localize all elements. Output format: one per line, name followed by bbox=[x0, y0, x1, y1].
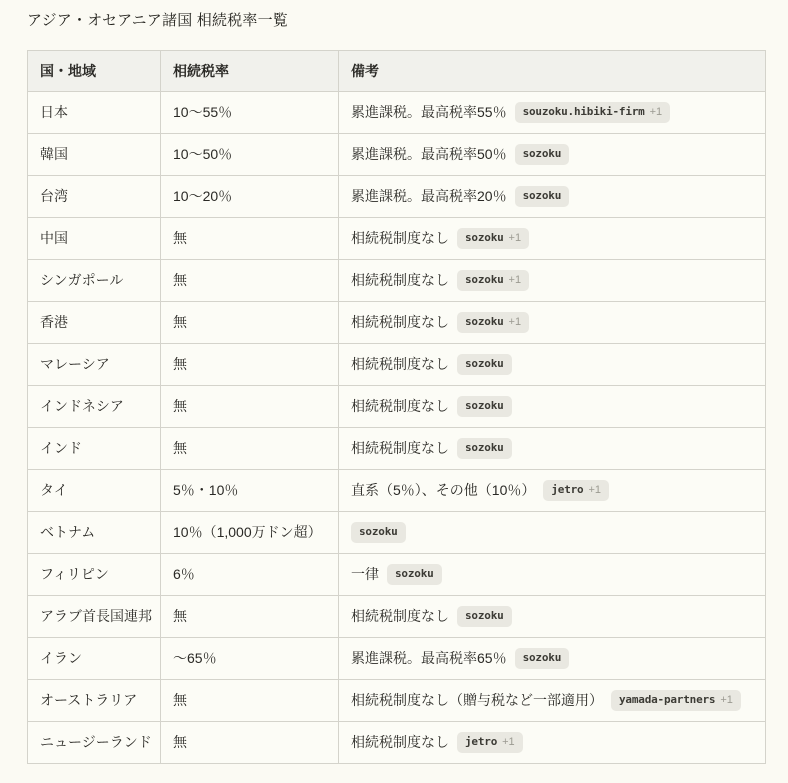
country-cell: シンガポール bbox=[28, 260, 161, 302]
source-more-count: +1 bbox=[502, 735, 515, 749]
rate-cell: 5％・10％ bbox=[161, 470, 339, 512]
note-label: 累進課税。最高税率20％ bbox=[351, 187, 507, 205]
note-wrap: 相続税制度なし jetro +1 bbox=[351, 732, 753, 752]
country-label: シンガポール bbox=[40, 272, 123, 288]
note-wrap: 相続税制度なし sozoku bbox=[351, 438, 753, 458]
note-cell: 累進課税。最高税率50％ sozoku bbox=[339, 134, 766, 176]
note-wrap: 累進課税。最高税率55％ souzoku.hibiki-firm +1 bbox=[351, 102, 753, 122]
rate-cell: 無 bbox=[161, 386, 339, 428]
table-row: ベトナム 10％（1,000万ドン超） sozoku bbox=[28, 512, 766, 554]
table-row: ニュージーランド 無 相続税制度なし jetro +1 bbox=[28, 722, 766, 764]
table-row: インドネシア 無 相続税制度なし sozoku bbox=[28, 386, 766, 428]
page: アジア・オセアニア諸国 相続税率一覧 国・地域 相続税率 備考 日本 10〜55… bbox=[0, 0, 788, 783]
header-row: 国・地域 相続税率 備考 bbox=[28, 51, 766, 92]
source-more-count: +1 bbox=[509, 315, 522, 329]
source-name: sozoku bbox=[465, 231, 504, 245]
country-cell: インド bbox=[28, 428, 161, 470]
source-more-count: +1 bbox=[509, 231, 522, 245]
source-citation-badge[interactable]: sozoku bbox=[515, 144, 570, 164]
source-more-count: +1 bbox=[588, 483, 601, 497]
note-cell: 累進課税。最高税率20％ sozoku bbox=[339, 176, 766, 218]
table-row: タイ 5％・10％ 直系（5％）、その他（10％） jetro +1 bbox=[28, 470, 766, 512]
source-more-count: +1 bbox=[650, 105, 663, 119]
country-cell: 香港 bbox=[28, 302, 161, 344]
rate-value: 10〜20％ bbox=[173, 188, 232, 204]
note-cell: 相続税制度なし sozoku bbox=[339, 596, 766, 638]
country-label: マレーシア bbox=[40, 356, 110, 372]
table-row: オーストラリア 無 相続税制度なし（贈与税など一部適用） yamada-part… bbox=[28, 680, 766, 722]
note-label: 累進課税。最高税率65％ bbox=[351, 649, 507, 667]
rate-value: 〜65％ bbox=[173, 650, 217, 666]
note-label: 相続税制度なし bbox=[351, 397, 449, 415]
table-row: マレーシア 無 相続税制度なし sozoku bbox=[28, 344, 766, 386]
table-row: 台湾 10〜20％ 累進課税。最高税率20％ sozoku bbox=[28, 176, 766, 218]
note-label: 相続税制度なし（贈与税など一部適用） bbox=[351, 691, 603, 709]
country-label: アラブ首長国連邦 bbox=[40, 608, 152, 624]
note-wrap: 相続税制度なし sozoku +1 bbox=[351, 228, 753, 248]
country-cell: フィリピン bbox=[28, 554, 161, 596]
rate-cell: 無 bbox=[161, 218, 339, 260]
table-row: インド 無 相続税制度なし sozoku bbox=[28, 428, 766, 470]
country-label: 香港 bbox=[40, 314, 68, 330]
country-label: 台湾 bbox=[40, 188, 68, 204]
header-rate: 相続税率 bbox=[161, 51, 339, 92]
rate-cell: 無 bbox=[161, 722, 339, 764]
source-citation-badge[interactable]: jetro +1 bbox=[457, 732, 523, 752]
note-wrap: 累進課税。最高税率20％ sozoku bbox=[351, 186, 753, 206]
source-citation-badge[interactable]: sozoku bbox=[457, 396, 512, 416]
country-cell: 台湾 bbox=[28, 176, 161, 218]
source-citation-badge[interactable]: jetro +1 bbox=[543, 480, 609, 500]
note-label: 相続税制度なし bbox=[351, 439, 449, 457]
country-cell: インドネシア bbox=[28, 386, 161, 428]
table-row: アラブ首長国連邦 無 相続税制度なし sozoku bbox=[28, 596, 766, 638]
note-cell: 相続税制度なし sozoku +1 bbox=[339, 218, 766, 260]
note-label: 累進課税。最高税率50％ bbox=[351, 145, 507, 163]
country-cell: 日本 bbox=[28, 92, 161, 134]
table-row: 韓国 10〜50％ 累進課税。最高税率50％ sozoku bbox=[28, 134, 766, 176]
source-name: jetro bbox=[465, 735, 497, 749]
note-wrap: 直系（5％）、その他（10％） jetro +1 bbox=[351, 480, 753, 500]
note-label: 相続税制度なし bbox=[351, 271, 449, 289]
country-cell: ニュージーランド bbox=[28, 722, 161, 764]
rate-value: 無 bbox=[173, 230, 187, 246]
country-label: ニュージーランド bbox=[40, 734, 152, 750]
source-name: sozoku bbox=[523, 189, 562, 203]
header-country: 国・地域 bbox=[28, 51, 161, 92]
note-cell: 相続税制度なし jetro +1 bbox=[339, 722, 766, 764]
source-name: souzoku.hibiki-firm bbox=[523, 105, 645, 119]
source-name: sozoku bbox=[465, 441, 504, 455]
rate-value: 10％（1,000万ドン超） bbox=[173, 524, 322, 540]
header-notes: 備考 bbox=[339, 51, 766, 92]
country-label: インドネシア bbox=[40, 398, 124, 414]
table-row: フィリピン 6％ 一律 sozoku bbox=[28, 554, 766, 596]
rate-value: 無 bbox=[173, 608, 187, 624]
country-cell: マレーシア bbox=[28, 344, 161, 386]
source-more-count: +1 bbox=[509, 273, 522, 287]
rate-value: 無 bbox=[173, 692, 187, 708]
source-citation-badge[interactable]: yamada-partners +1 bbox=[611, 690, 741, 710]
rate-cell: 無 bbox=[161, 428, 339, 470]
country-label: インド bbox=[40, 440, 82, 456]
country-label: 中国 bbox=[40, 230, 68, 246]
note-label: 相続税制度なし bbox=[351, 355, 449, 373]
source-name: sozoku bbox=[359, 525, 398, 539]
country-cell: 韓国 bbox=[28, 134, 161, 176]
source-name: sozoku bbox=[523, 651, 562, 665]
note-label: 相続税制度なし bbox=[351, 229, 449, 247]
source-name: yamada-partners bbox=[619, 693, 715, 707]
source-name: sozoku bbox=[465, 357, 504, 371]
table-row: 香港 無 相続税制度なし sozoku +1 bbox=[28, 302, 766, 344]
table-row: イラン 〜65％ 累進課税。最高税率65％ sozoku bbox=[28, 638, 766, 680]
note-wrap: sozoku bbox=[351, 522, 753, 542]
note-wrap: 相続税制度なし sozoku +1 bbox=[351, 270, 753, 290]
table-row: シンガポール 無 相続税制度なし sozoku +1 bbox=[28, 260, 766, 302]
rate-cell: 10〜55％ bbox=[161, 92, 339, 134]
rate-value: 無 bbox=[173, 356, 187, 372]
table-body: 日本 10〜55％ 累進課税。最高税率55％ souzoku.hibiki-fi… bbox=[28, 92, 766, 764]
country-cell: 中国 bbox=[28, 218, 161, 260]
country-label: 韓国 bbox=[40, 146, 68, 162]
country-cell: オーストラリア bbox=[28, 680, 161, 722]
table-row: 日本 10〜55％ 累進課税。最高税率55％ souzoku.hibiki-fi… bbox=[28, 92, 766, 134]
rate-cell: 6％ bbox=[161, 554, 339, 596]
table-row: 中国 無 相続税制度なし sozoku +1 bbox=[28, 218, 766, 260]
note-cell: 相続税制度なし sozoku +1 bbox=[339, 260, 766, 302]
source-name: sozoku bbox=[523, 147, 562, 161]
note-wrap: 相続税制度なし（贈与税など一部適用） yamada-partners +1 bbox=[351, 690, 753, 710]
note-wrap: 一律 sozoku bbox=[351, 564, 753, 584]
note-label: 一律 bbox=[351, 565, 379, 583]
note-wrap: 累進課税。最高税率50％ sozoku bbox=[351, 144, 753, 164]
rate-value: 無 bbox=[173, 440, 187, 456]
note-label: 相続税制度なし bbox=[351, 607, 449, 625]
rate-cell: 無 bbox=[161, 260, 339, 302]
rate-cell: 無 bbox=[161, 302, 339, 344]
note-cell: 相続税制度なし sozoku bbox=[339, 386, 766, 428]
page-title: アジア・オセアニア諸国 相続税率一覧 bbox=[27, 9, 761, 30]
note-wrap: 累進課税。最高税率65％ sozoku bbox=[351, 648, 753, 668]
rate-value: 5％・10％ bbox=[173, 482, 238, 498]
note-cell: 相続税制度なし sozoku bbox=[339, 428, 766, 470]
source-name: sozoku bbox=[465, 315, 504, 329]
source-citation-badge[interactable]: sozoku bbox=[387, 564, 442, 584]
rate-value: 10〜50％ bbox=[173, 146, 232, 162]
rate-cell: 無 bbox=[161, 344, 339, 386]
source-name: jetro bbox=[551, 483, 583, 497]
note-cell: 一律 sozoku bbox=[339, 554, 766, 596]
source-name: sozoku bbox=[395, 567, 434, 581]
note-cell: 相続税制度なし sozoku +1 bbox=[339, 302, 766, 344]
country-label: ベトナム bbox=[40, 524, 95, 540]
source-citation-badge[interactable]: sozoku bbox=[351, 522, 406, 542]
note-cell: 直系（5％）、その他（10％） jetro +1 bbox=[339, 470, 766, 512]
note-label: 累進課税。最高税率55％ bbox=[351, 103, 507, 121]
country-label: オーストラリア bbox=[40, 692, 137, 708]
source-name: sozoku bbox=[465, 399, 504, 413]
note-cell: 累進課税。最高税率55％ souzoku.hibiki-firm +1 bbox=[339, 92, 766, 134]
country-cell: タイ bbox=[28, 470, 161, 512]
rate-value: 6％ bbox=[173, 566, 195, 582]
rate-value: 無 bbox=[173, 734, 187, 750]
source-citation-badge[interactable]: sozoku +1 bbox=[457, 270, 529, 290]
source-name: sozoku bbox=[465, 609, 504, 623]
note-cell: 相続税制度なし（贈与税など一部適用） yamada-partners +1 bbox=[339, 680, 766, 722]
note-wrap: 相続税制度なし sozoku bbox=[351, 354, 753, 374]
rate-cell: 〜65％ bbox=[161, 638, 339, 680]
rate-value: 10〜55％ bbox=[173, 104, 232, 120]
rate-cell: 10〜50％ bbox=[161, 134, 339, 176]
source-citation-badge[interactable]: sozoku bbox=[515, 648, 570, 668]
note-cell: sozoku bbox=[339, 512, 766, 554]
note-wrap: 相続税制度なし sozoku bbox=[351, 606, 753, 626]
rate-cell: 10〜20％ bbox=[161, 176, 339, 218]
source-citation-badge[interactable]: sozoku bbox=[457, 354, 512, 374]
country-cell: ベトナム bbox=[28, 512, 161, 554]
note-wrap: 相続税制度なし sozoku +1 bbox=[351, 312, 753, 332]
note-label: 相続税制度なし bbox=[351, 733, 449, 751]
tax-rate-table: 国・地域 相続税率 備考 日本 10〜55％ 累進課税。最高税率55％ souz… bbox=[27, 50, 766, 764]
source-citation-badge[interactable]: sozoku +1 bbox=[457, 312, 529, 332]
source-citation-badge[interactable]: sozoku +1 bbox=[457, 228, 529, 248]
note-cell: 相続税制度なし sozoku bbox=[339, 344, 766, 386]
country-label: フィリピン bbox=[40, 566, 109, 582]
country-label: タイ bbox=[40, 482, 68, 498]
source-citation-badge[interactable]: sozoku bbox=[457, 438, 512, 458]
rate-cell: 10％（1,000万ドン超） bbox=[161, 512, 339, 554]
country-label: 日本 bbox=[40, 104, 68, 120]
country-label: イラン bbox=[40, 650, 82, 666]
rate-cell: 無 bbox=[161, 596, 339, 638]
source-citation-badge[interactable]: sozoku bbox=[515, 186, 570, 206]
rate-value: 無 bbox=[173, 314, 187, 330]
note-cell: 累進課税。最高税率65％ sozoku bbox=[339, 638, 766, 680]
country-cell: イラン bbox=[28, 638, 161, 680]
rate-cell: 無 bbox=[161, 680, 339, 722]
source-citation-badge[interactable]: souzoku.hibiki-firm +1 bbox=[515, 102, 671, 122]
country-cell: アラブ首長国連邦 bbox=[28, 596, 161, 638]
note-label: 相続税制度なし bbox=[351, 313, 449, 331]
rate-value: 無 bbox=[173, 272, 187, 288]
source-citation-badge[interactable]: sozoku bbox=[457, 606, 512, 626]
rate-value: 無 bbox=[173, 398, 187, 414]
note-wrap: 相続税制度なし sozoku bbox=[351, 396, 753, 416]
source-name: sozoku bbox=[465, 273, 504, 287]
note-label: 直系（5％）、その他（10％） bbox=[351, 481, 535, 499]
source-more-count: +1 bbox=[720, 693, 733, 707]
